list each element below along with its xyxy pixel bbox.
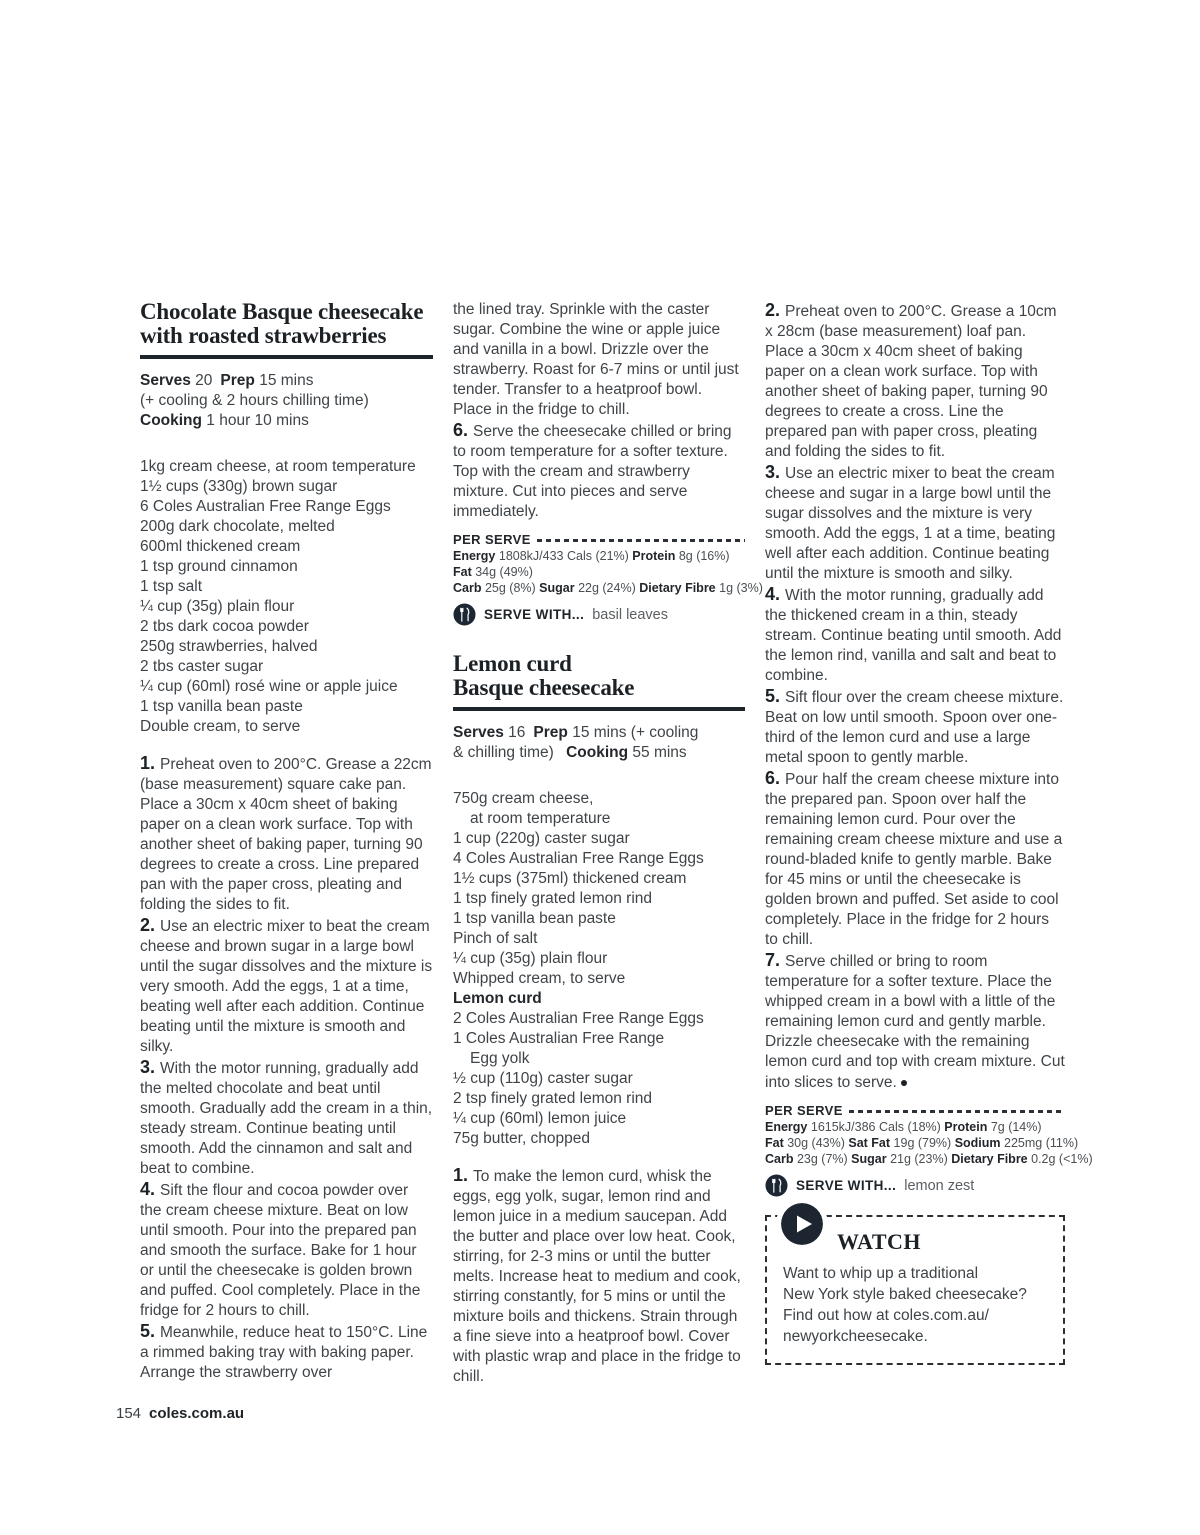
title-rule	[453, 707, 745, 711]
column-1: Chocolate Basque cheesecake with roasted…	[140, 300, 433, 1383]
serve-with-value: basil leaves	[592, 607, 668, 623]
ingredient: 2 tsp finely grated lemon rind	[453, 1089, 745, 1109]
nutrition-label: Carb	[453, 581, 481, 595]
column-2: the lined tray. Sprinkle with the caster…	[453, 300, 745, 1387]
prep-value: 15 mins	[255, 372, 314, 389]
page-number: 154	[116, 1405, 141, 1422]
nutrition-label: Sugar	[851, 1152, 886, 1166]
nutrition-value: 25g (8%)	[481, 581, 539, 595]
nutrition-value: 8g (16%)	[675, 549, 729, 563]
ingredient: 1 cup (220g) caster sugar	[453, 829, 745, 849]
recipe2-step1-block: 1.To make the lemon curd, whisk the eggs…	[453, 1165, 745, 1387]
step-7: 7.Serve chilled or bring to room tempera…	[765, 950, 1065, 1093]
step-number: 6.	[453, 420, 468, 440]
dashed-rule	[849, 1110, 1065, 1113]
cooking-label: Cooking	[140, 412, 202, 429]
ingredient: 1½ cups (330g) brown sugar	[140, 477, 433, 497]
watch-text-line: New York style baked cheesecake?	[783, 1284, 1047, 1305]
per-serve-label: PER SERVE	[765, 1103, 843, 1119]
recipe2-title-line2: Basque cheesecake	[453, 675, 634, 700]
meta-text: & chilling time)	[453, 744, 558, 761]
serves-value: 16	[504, 724, 526, 741]
recipe1-title-line2: with roasted strawberries	[140, 323, 386, 348]
serves-value: 20	[191, 372, 213, 389]
ingredient: 6 Coles Australian Free Range Eggs	[140, 497, 433, 517]
ingredient: ¼ cup (60ml) lemon juice	[453, 1109, 745, 1129]
nutrition-value: 1808kJ/433 Cals (21%)	[495, 549, 632, 563]
ingredient: 2 tbs caster sugar	[140, 657, 433, 677]
step-number: 4.	[765, 584, 780, 604]
step-text: Sift flour over the cream cheese mixture…	[765, 689, 1063, 766]
step-5: 5.Sift flour over the cream cheese mixtu…	[765, 686, 1065, 768]
nutrition-line: Carb 23g (7%) Sugar 21g (23%) Dietary Fi…	[765, 1151, 1065, 1167]
nutrition-value: 7g (14%)	[987, 1120, 1041, 1134]
recipe1-meta: Serves 20Prep 15 mins (+ cooling & 2 hou…	[140, 371, 433, 431]
step-text: Sift the flour and cocoa powder over the…	[140, 1182, 420, 1319]
nutrition-line: Fat 30g (43%) Sat Fat 19g (79%) Sodium 2…	[765, 1135, 1065, 1151]
ingredient-subheading: Lemon curd	[453, 989, 745, 1009]
ingredient: 1 tsp finely grated lemon rind	[453, 889, 745, 909]
ingredient: 1½ cups (375ml) thickened cream	[453, 869, 745, 889]
nutrition-value: 22g (24%)	[575, 581, 640, 595]
ingredient: Egg yolk	[453, 1049, 745, 1069]
step-number: 6.	[765, 768, 780, 788]
ingredient: 1 tsp vanilla bean paste	[453, 909, 745, 929]
nutrition-label: Protein	[944, 1120, 987, 1134]
step-text: Serve chilled or bring to room temperatu…	[765, 953, 1065, 1091]
magazine-page: Chocolate Basque cheesecake with roasted…	[0, 0, 1200, 1535]
watch-text-line: Find out how at coles.com.au/	[783, 1305, 1047, 1326]
ingredient: Pinch of salt	[453, 929, 745, 949]
ingredient: ¼ cup (35g) plain flour	[453, 949, 745, 969]
watch-callout-box: WATCH Want to whip up a traditional New …	[765, 1215, 1065, 1365]
nutrition-label: Carb	[765, 1152, 793, 1166]
ingredient: ½ cup (110g) caster sugar	[453, 1069, 745, 1089]
serve-with-label: SERVE WITH...	[796, 1178, 896, 1193]
nutrition-label: Sugar	[539, 581, 574, 595]
nutrition-label: Energy	[765, 1120, 807, 1134]
meta-line: & chilling time) Cooking 55 mins	[453, 743, 745, 763]
ingredient: ¼ cup (35g) plain flour	[140, 597, 433, 617]
step-text: With the motor running, gradually add th…	[765, 587, 1061, 684]
step-text: Meanwhile, reduce heat to 150°C. Line a …	[140, 1324, 427, 1381]
site-url: coles.com.au	[149, 1405, 244, 1422]
recipe2-serve-with: SERVE WITH... lemon zest	[765, 1174, 1065, 1197]
recipe2-title: Lemon curd Basque cheesecake	[453, 652, 745, 700]
nutrition-value: 1g (3%)	[716, 581, 763, 595]
step-number: 7.	[765, 950, 780, 970]
fork-knife-icon	[765, 1174, 788, 1197]
nutrition-value: 34g (49%)	[472, 565, 533, 579]
step-number: 3.	[765, 462, 780, 482]
meta-line: Cooking 1 hour 10 mins	[140, 411, 433, 431]
prep-label: Prep	[220, 372, 254, 389]
ingredient: 600ml thickened cream	[140, 537, 433, 557]
step-2: 2.Use an electric mixer to beat the crea…	[140, 915, 433, 1057]
ingredient: 1 Coles Australian Free Range	[453, 1029, 745, 1049]
ingredient: 2 Coles Australian Free Range Eggs	[453, 1009, 745, 1029]
nutrition-label: Dietary Fibre	[639, 581, 715, 595]
nutrition-label: Protein	[632, 549, 675, 563]
nutrition-label: Fat	[765, 1136, 784, 1150]
serves-label: Serves	[453, 724, 504, 741]
nutrition-value: 23g (7%)	[793, 1152, 851, 1166]
step-6: 6.Pour half the cream cheese mixture int…	[765, 768, 1065, 950]
recipe2-meta: Serves 16Prep 15 mins (+ cooling & chill…	[453, 723, 745, 763]
nutrition-label: Energy	[453, 549, 495, 563]
cooking-value: 1 hour 10 mins	[202, 412, 309, 429]
nutrition-value: 19g (79%)	[890, 1136, 955, 1150]
step-number: 1.	[140, 753, 155, 773]
serve-with-label: SERVE WITH...	[484, 607, 584, 622]
recipe1-ingredients: 1kg cream cheese, at room temperature 1½…	[140, 457, 433, 737]
step-5: 5.Meanwhile, reduce heat to 150°C. Line …	[140, 1321, 433, 1383]
step-2: 2.Preheat oven to 200°C. Grease a 10cm x…	[765, 300, 1065, 462]
nutrition-line: Carb 25g (8%) Sugar 22g (24%) Dietary Fi…	[453, 580, 745, 596]
per-serve-header: PER SERVE	[453, 532, 745, 548]
ingredient: 1 tsp ground cinnamon	[140, 557, 433, 577]
step-3: 3.Use an electric mixer to beat the crea…	[765, 462, 1065, 584]
ingredient: 200g dark chocolate, melted	[140, 517, 433, 537]
ingredient: Whipped cream, to serve	[453, 969, 745, 989]
step-6: 6.Serve the cheesecake chilled or bring …	[453, 420, 745, 522]
ingredient: 4 Coles Australian Free Range Eggs	[453, 849, 745, 869]
ingredient: 1kg cream cheese, at room temperature	[140, 457, 433, 477]
watch-text-line: newyorkcheesecake.	[783, 1326, 1047, 1347]
recipe1-steps: 1.Preheat oven to 200°C. Grease a 22cm (…	[140, 753, 433, 1383]
meta-line: Serves 20Prep 15 mins	[140, 371, 433, 391]
end-of-article-marker: ●	[900, 1074, 908, 1090]
title-rule	[140, 355, 433, 359]
meta-line: (+ cooling & 2 hours chilling time)	[140, 391, 433, 411]
recipe2-per-serve: PER SERVE Energy 1615kJ/386 Cals (18%) P…	[765, 1103, 1065, 1167]
ingredient: 2 tbs dark cocoa powder	[140, 617, 433, 637]
step-text: Serve the cheesecake chilled or bring to…	[453, 423, 732, 520]
step-number: 4.	[140, 1179, 155, 1199]
ingredient: 1 tsp salt	[140, 577, 433, 597]
step-number: 5.	[140, 1321, 155, 1341]
nutrition-line: Energy 1615kJ/386 Cals (18%) Protein 7g …	[765, 1119, 1065, 1135]
step-5-continuation: the lined tray. Sprinkle with the caster…	[453, 300, 745, 420]
ingredient: ¼ cup (60ml) rosé wine or apple juice	[140, 677, 433, 697]
nutrition-value: 0.2g (<1%)	[1028, 1152, 1093, 1166]
step-number: 2.	[140, 915, 155, 935]
fork-knife-icon	[453, 603, 476, 626]
step-text: Preheat oven to 200°C. Grease a 10cm x 2…	[765, 303, 1057, 460]
recipe1-title: Chocolate Basque cheesecake with roasted…	[140, 300, 433, 348]
step-3: 3.With the motor running, gradually add …	[140, 1057, 433, 1179]
step-number: 3.	[140, 1057, 155, 1077]
serve-with-value: lemon zest	[904, 1178, 974, 1194]
watch-text-line: Want to whip up a traditional	[783, 1263, 1047, 1284]
prep-label: Prep	[533, 724, 567, 741]
serves-label: Serves	[140, 372, 191, 389]
step-text: Use an electric mixer to beat the cream …	[140, 918, 432, 1055]
watch-title: WATCH	[837, 1229, 1047, 1255]
recipe1-per-serve: PER SERVE Energy 1808kJ/433 Cals (21%) P…	[453, 532, 745, 596]
dashed-rule	[537, 539, 745, 542]
step-text: Preheat oven to 200°C. Grease a 22cm (ba…	[140, 756, 432, 913]
cooking-label: Cooking	[566, 744, 628, 761]
step-text: To make the lemon curd, whisk the eggs, …	[453, 1168, 741, 1385]
nutrition-label: Dietary Fibre	[951, 1152, 1027, 1166]
step-4: 4.With the motor running, gradually add …	[765, 584, 1065, 686]
step-text: Pour half the cream cheese mixture into …	[765, 771, 1062, 948]
play-icon	[781, 1203, 823, 1245]
step-text: With the motor running, gradually add th…	[140, 1060, 432, 1177]
step-1: 1.Preheat oven to 200°C. Grease a 22cm (…	[140, 753, 433, 915]
recipe1-title-line1: Chocolate Basque cheesecake	[140, 299, 423, 324]
prep-value: 15 mins (+ cooling	[568, 724, 699, 741]
nutrition-value: 30g (43%)	[784, 1136, 849, 1150]
recipe2-title-line1: Lemon curd	[453, 651, 572, 676]
step-1: 1.To make the lemon curd, whisk the eggs…	[453, 1165, 745, 1387]
per-serve-header: PER SERVE	[765, 1103, 1065, 1119]
ingredient: 1 tsp vanilla bean paste	[140, 697, 433, 717]
step-number: 2.	[765, 300, 780, 320]
step-4: 4.Sift the flour and cocoa powder over t…	[140, 1179, 433, 1321]
ingredient: 250g strawberries, halved	[140, 637, 433, 657]
nutrition-value: 1615kJ/386 Cals (18%)	[807, 1120, 944, 1134]
ingredient: at room temperature	[453, 809, 745, 829]
step-number: 5.	[765, 686, 780, 706]
nutrition-value: 225mg (11%)	[1001, 1136, 1079, 1150]
nutrition-value: 21g (23%)	[887, 1152, 952, 1166]
ingredient: Double cream, to serve	[140, 717, 433, 737]
column-3: 2.Preheat oven to 200°C. Grease a 10cm x…	[765, 300, 1065, 1365]
step-number: 1.	[453, 1165, 468, 1185]
per-serve-label: PER SERVE	[453, 532, 531, 548]
recipe1-serve-with: SERVE WITH... basil leaves	[453, 603, 745, 626]
nutrition-label: Sodium	[955, 1136, 1001, 1150]
ingredient: 750g cream cheese,	[453, 789, 745, 809]
step-text: Use an electric mixer to beat the cream …	[765, 465, 1055, 582]
nutrition-line: Fat 34g (49%)	[453, 564, 745, 580]
nutrition-label: Fat	[453, 565, 472, 579]
page-footer: 154coles.com.au	[116, 1405, 244, 1422]
meta-line: Serves 16Prep 15 mins (+ cooling	[453, 723, 745, 743]
recipe2-ingredients: 750g cream cheese, at room temperature 1…	[453, 789, 745, 1149]
ingredient: 75g butter, chopped	[453, 1129, 745, 1149]
nutrition-line: Energy 1808kJ/433 Cals (21%) Protein 8g …	[453, 548, 745, 564]
cooking-value: 55 mins	[628, 744, 687, 761]
nutrition-label: Sat Fat	[848, 1136, 890, 1150]
